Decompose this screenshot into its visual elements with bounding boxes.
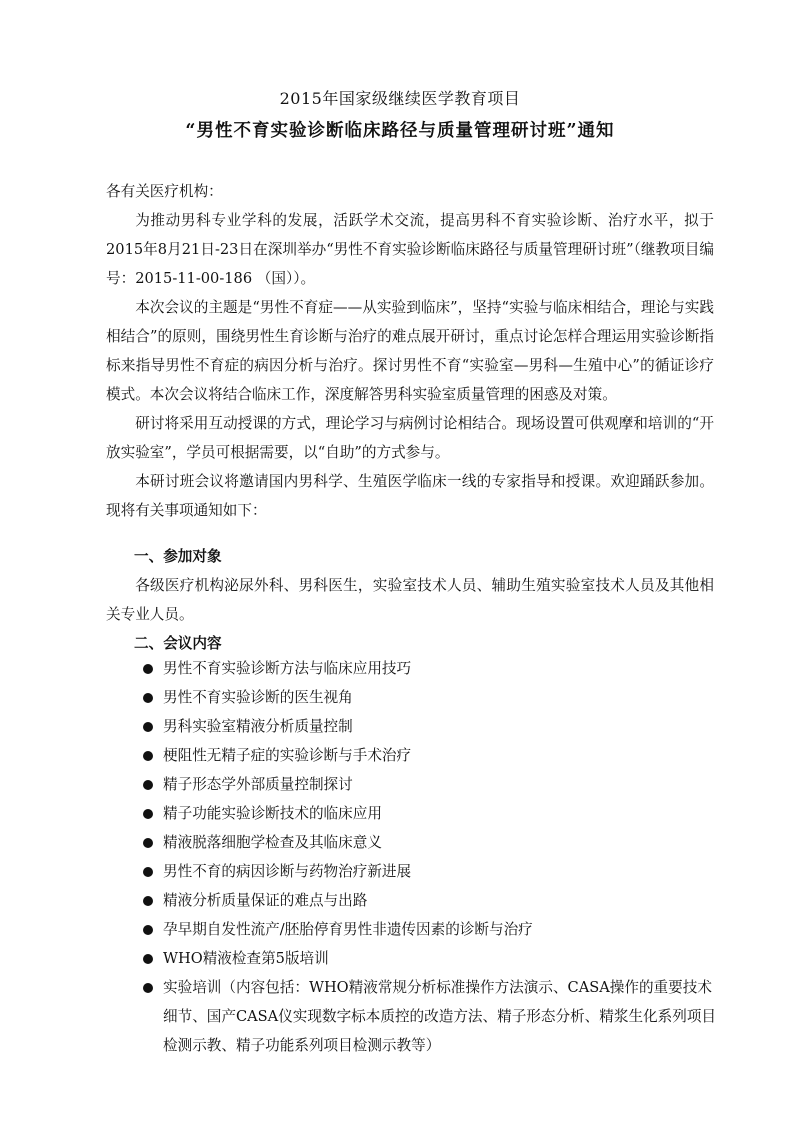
bullet-icon <box>143 693 153 703</box>
intro-paragraph-format: 研讨将采用互动授课的方式，理论学习与病例讨论相结合。现场设置可供观摩和培训的“开… <box>106 409 714 467</box>
list-item: 男性不育的病因诊断与药物治疗新进展 <box>140 857 720 886</box>
list-item: 男性不育实验诊断方法与临床应用技巧 <box>140 654 720 683</box>
list-item: 精子形态学外部质量控制探讨 <box>140 770 720 799</box>
meeting-content-list: 男性不育实验诊断方法与临床应用技巧 男性不育实验诊断的医生视角 男科实验室精液分… <box>140 654 720 1060</box>
list-item: 精液脱落细胞学检查及其临床意义 <box>140 828 720 857</box>
bullet-icon <box>143 954 153 964</box>
bullet-icon <box>143 751 153 761</box>
list-item: 精子功能实验诊断技术的临床应用 <box>140 799 720 828</box>
list-item: WHO精液检查第5版培训 <box>140 944 720 973</box>
intro-paragraph-theme: 本次会议的主题是“男性不育症——从实验到临床”，坚持“实验与临床相结合，理论与实… <box>106 293 714 409</box>
bullet-icon <box>143 809 153 819</box>
bullet-icon <box>143 838 153 848</box>
bullet-icon <box>143 664 153 674</box>
intro-paragraph-purpose: 为推动男科专业学科的发展，活跃学术交流，提高男科不育实验诊断、治疗水平，拟于20… <box>106 206 714 293</box>
section-heading-participants: 一、参加对象 <box>134 542 222 571</box>
bullet-icon <box>143 925 153 935</box>
list-item: 精液分析质量保证的难点与出路 <box>140 886 720 915</box>
bullet-icon <box>143 896 153 906</box>
bullet-icon <box>143 983 153 993</box>
bullet-icon <box>143 780 153 790</box>
list-item: 男科实验室精液分析质量控制 <box>140 712 720 741</box>
list-item: 梗阻性无精子症的实验诊断与手术治疗 <box>140 741 720 770</box>
section-text-participants: 各级医疗机构泌尿外科、男科医生，实验室技术人员、辅助生殖实验室技术人员及其他相关… <box>106 571 714 629</box>
salutation: 各有关医疗机构： <box>106 177 714 206</box>
document-title-year: 2015年国家级继续医学教育项目 <box>0 88 800 110</box>
bullet-icon <box>143 722 153 732</box>
intro-block: 各有关医疗机构： 为推动男科专业学科的发展，活跃学术交流，提高男科不育实验诊断、… <box>106 177 714 525</box>
list-item: 孕早期自发性流产/胚胎停育男性非遗传因素的诊断与治疗 <box>140 915 720 944</box>
document-page: 2015年国家级继续医学教育项目 “男性不育实验诊断临床路径与质量管理研讨班”通… <box>0 0 800 1132</box>
bullet-icon <box>143 867 153 877</box>
list-item: 男性不育实验诊断的医生视角 <box>140 683 720 712</box>
intro-paragraph-invitation: 本研讨班会议将邀请国内男科学、生殖医学临床一线的专家指导和授课。欢迎踊跃参加。现… <box>106 467 714 525</box>
document-title-main: “男性不育实验诊断临床路径与质量管理研讨班”通知 <box>0 119 800 143</box>
list-item: 实验培训（内容包括：WHO精液常规分析标准操作方法演示、CASA操作的重要技术细… <box>140 973 720 1060</box>
